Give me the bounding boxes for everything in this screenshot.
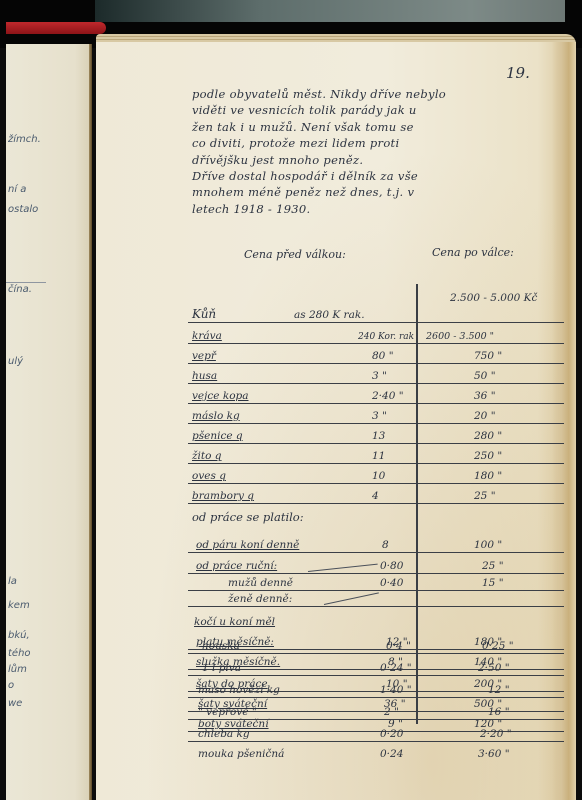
header-price-after-war: Cena po válce: [432,246,514,259]
price-before: 1·40 " [380,684,412,696]
row-label: máslo kg [192,410,240,422]
wages-heading: od práce se platilo: [192,510,304,524]
row-label: chleba kg [198,728,250,740]
table-row: brambory q 4 25 " [188,484,564,504]
row-label: husa [192,370,217,382]
header-price-before-war: Cena před válkou: [244,248,346,261]
price-after: 12 " [488,684,510,696]
row-label: mouka pšeničná [198,748,284,760]
table-row: ženě denně: [188,592,564,607]
table-row: " vepřové " 2 " 16 " [188,700,564,720]
price-after: 50 " [474,370,496,382]
left-page-fragment: ulý [8,356,23,367]
price-after: 15 " [482,577,504,589]
chronicle-paragraph: podle obyvatelů měst. Nikdy dříve nebylo… [192,86,552,217]
price-before: as 280 K rak. [294,309,365,321]
price-before: 8 [382,539,389,551]
price-after: 25 " [474,490,496,502]
row-label: brambory q [192,490,254,502]
left-page-fragment: tého [8,648,31,659]
left-page-fragment: čína. [8,284,32,295]
page-number: 19. [506,64,530,82]
row-label: " vepřové " [198,706,257,718]
price-after: 20 " [474,410,496,422]
price-before: 11 [372,450,385,462]
price-before: 0·24 " [380,662,412,674]
left-page-fragment: we [8,698,22,709]
paragraph-line: žen tak i u mužů. Není však tomu se [192,119,552,135]
left-page-fragment: la [8,576,17,587]
price-before: 13 [372,430,385,442]
row-label: kráva [192,330,222,342]
price-before: 2·40 " [372,390,404,402]
row-label: houska [202,640,240,652]
row-label: Kůň [192,307,216,321]
price-before: 0·24 [380,748,403,760]
price-after: 2600 - 3.500 " [426,331,494,342]
price-table-lower: houska 0·4 " 0·25 " 1 l piva 0·24 " 2·50… [188,632,566,800]
red-bookmark-ribbon [6,22,106,34]
table-row: žito q 11 250 " [188,444,564,464]
left-page-fragment: lům [8,664,27,675]
price-after: 280 " [474,430,502,442]
price-before: 3 " [372,410,387,422]
table-row: kráva 240 Kor. rak 2600 - 3.500 " [188,324,564,344]
table-row: vepř 80 " 750 " [188,344,564,364]
table-row: vejce kopa 2·40 " 36 " [188,384,564,404]
price-before: 80 " [372,350,394,362]
price-before: 4 [372,490,379,502]
left-page-fragment: kem [8,600,30,611]
paragraph-line: co diviti, protože mezi lidem proti [192,135,552,151]
left-page-fragment: bkú, [8,630,30,641]
price-before: 0·40 [380,577,403,589]
table-row: maso hovězí kg 1·40 " 12 " [188,678,564,698]
table-row: Kůň as 280 K rak. 2.500 - 5.000 Kč [188,284,564,323]
row-label: od práce ruční: [196,560,277,572]
paragraph-line: letech 1918 - 1930. [192,201,552,217]
row-label: maso hovězí kg [198,684,280,696]
price-before: 240 Kor. rak [358,332,414,342]
table-row: houska 0·4 " 0·25 " [188,634,564,654]
table-row: mužů denně 0·40 15 " [188,574,564,591]
table-row: husa 3 " 50 " [188,364,564,384]
price-after: 36 " [474,390,496,402]
row-label: žito q [192,450,222,462]
price-before: 0·4 " [386,640,411,652]
price-before: 10 [372,470,385,482]
book-spine [89,44,92,800]
table-row: mouka pšeničná 0·24 3·60 " [188,742,564,761]
price-after: 2.500 - 5.000 Kč [450,292,537,304]
price-before: 2 " [384,706,399,718]
paragraph-line: dřívějšku jest mnoho peněz. [192,152,552,168]
price-after: 2·50 " [478,662,510,674]
left-page-fragment: o [8,680,14,691]
price-after: 0·25 " [482,640,514,652]
price-after: 2·20 " [480,728,512,740]
price-before: 0·80 [380,560,403,572]
table-row: chleba kg 0·20 2·20 " [188,722,564,742]
paragraph-line: viděti ve vesnicích tolik parády jak u [192,102,552,118]
row-label: mužů denně [228,577,293,589]
price-after: 250 " [474,450,502,462]
left-page-rule [6,282,46,283]
table-row: máslo kg 3 " 20 " [188,404,564,424]
row-label: pšenice q [192,430,243,442]
row-label: ženě denně: [228,593,292,605]
row-label: od páru koní denně [196,539,299,551]
paragraph-line: Dříve dostal hospodář i dělník za vše [192,168,552,184]
left-page: žímch. ní a ostalo čína. ulý la kem bkú,… [6,44,92,800]
price-after: 100 " [474,539,502,551]
left-page-fragment: žímch. [8,134,41,145]
left-page-fragment: ní a [8,184,26,195]
paragraph-line: mnohem méně peněz než dnes, t.j. v [192,184,552,200]
row-label: 1 l piva [202,662,241,674]
paragraph-line: podle obyvatelů měst. Nikdy dříve nebylo [192,86,552,102]
left-page-fragment: ostalo [8,204,38,215]
price-before: 3 " [372,370,387,382]
price-after: 3·60 " [478,748,510,760]
price-after: 16 " [488,706,510,718]
price-after: 180 " [474,470,502,482]
servant-heading: kočí u koní měl [194,616,275,628]
table-row: oves q 10 180 " [188,464,564,484]
row-label: vejce kopa [192,390,249,402]
price-after: 750 " [474,350,502,362]
row-label: vepř [192,350,216,362]
table-row: pšenice q 13 280 " [188,424,564,444]
row-label: oves q [192,470,226,482]
price-after: 25 " [482,560,504,572]
table-row: od páru koní denně 8 100 " [188,532,564,553]
section-heading-row: od práce se platilo: [188,506,564,525]
section-heading-row: kočí u koní měl [188,610,564,629]
light-glare [95,0,565,22]
price-before: 0·20 [380,728,403,740]
table-row: 1 l piva 0·24 " 2·50 " [188,656,564,676]
